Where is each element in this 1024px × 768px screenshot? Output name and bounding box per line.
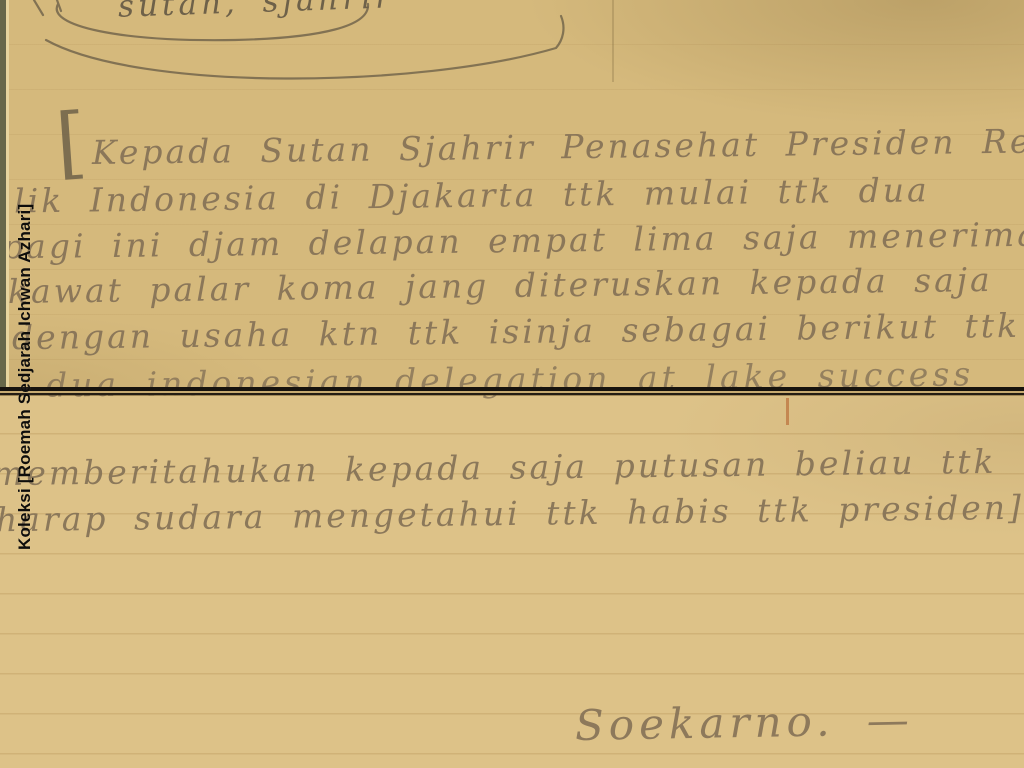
opening-bracket-mark: [ [53,97,90,189]
signature-soekarno: Soekarno. — [575,695,915,750]
letter-line-1: Kepada Sutan Sjahrir Penasehat Presiden … [92,121,1024,172]
collection-watermark: Koleksi [Roemah Sedjarah Ichwan Azhari] [8,186,42,568]
letter-line-2: blik Indonesia di Djakarta ttk mulai ttk… [0,170,930,220]
letter-line-4: kawat palar koma jang diteruskan kepada … [8,260,993,311]
letter-line-3: pagi ini djam delapan empat lima saja me… [2,215,1024,267]
paper-top-section: sutan, sjahrir [ Kepada Sutan Sjahrir Pe… [0,0,1024,396]
stitch-divider-line [0,387,1024,399]
letter-line-5: dengan usaha ktn ttk isinja sebagai beri… [12,306,1020,357]
rust-stain-mark [786,398,789,425]
photo-of-handwritten-letter: sutan, sjahrir [ Kepada Sutan Sjahrir Pe… [0,0,1024,768]
